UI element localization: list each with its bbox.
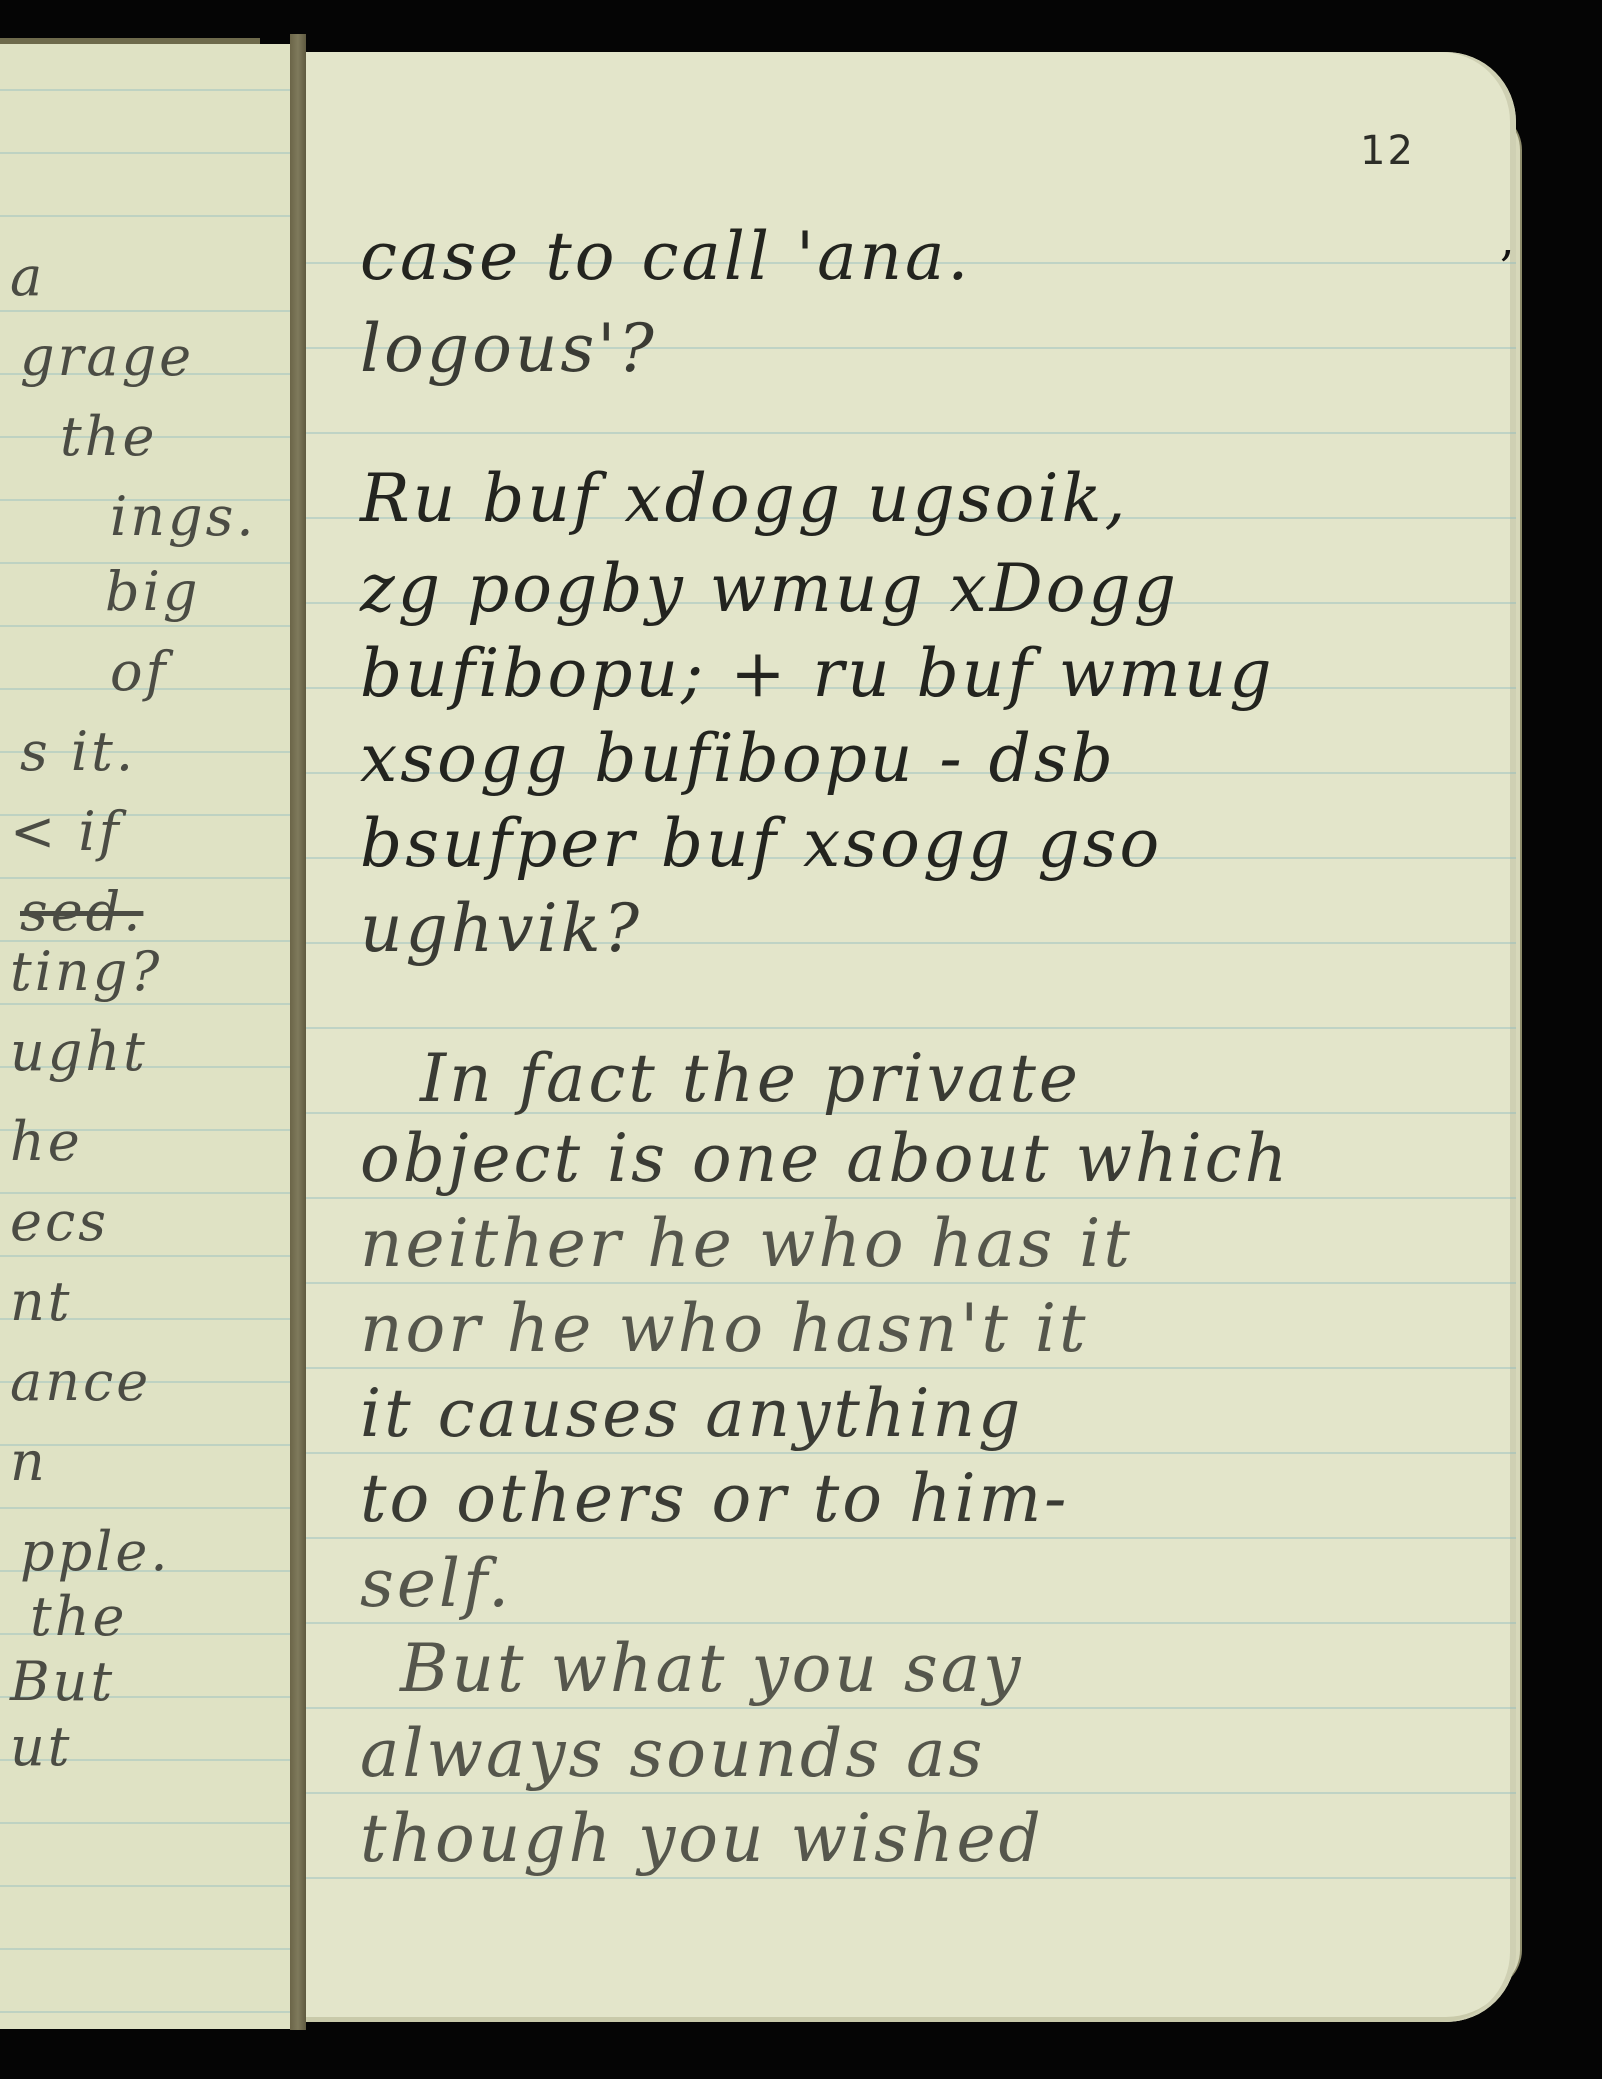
handwritten-line: it causes anything [360,1375,1023,1452]
facing-page-fragment: sed. [20,880,143,943]
facing-page-fragment: ance [10,1350,151,1413]
handwritten-line: object is one about which [360,1120,1290,1197]
handwritten-line: xsogg bufibopu - dsb [360,720,1116,797]
handwritten-line: though you wished [360,1800,1044,1877]
facing-page-fragment: the [60,405,157,468]
facing-page-fragment: the [30,1585,127,1648]
ruled-line [306,1452,1516,1454]
facing-page-fragment: < if [10,800,122,863]
facing-page-fragment: a [10,245,45,308]
ruled-line [306,1367,1516,1369]
ruled-line [306,432,1516,434]
handwritten-line: zg pogby wmug xDogg [360,550,1179,627]
ruled-line [306,1027,1516,1029]
page-number: 12 [1360,128,1415,174]
handwritten-line: In fact the private [420,1040,1081,1117]
ruled-line [306,1877,1516,1879]
handwritten-line: bsufper buf xsogg gso [360,805,1162,882]
handwritten-line: nor he who hasn't it [360,1290,1089,1367]
ruled-line [306,1282,1516,1284]
handwritten-line: self. [360,1545,512,1622]
facing-page-fragment: ings. [110,485,257,548]
notebook-binding [290,34,306,2030]
facing-page-fragment: nt [10,1270,72,1333]
handwritten-line: case to call 'ana. [360,218,971,295]
facing-page-fragment: n [10,1430,48,1493]
handwritten-line: But what you say [400,1630,1023,1707]
ruled-line [306,1707,1516,1709]
handwritten-line: always sounds as [360,1715,985,1792]
stray-pencil-mark: , [1500,212,1515,266]
notebook-photo: 12 , case to call 'ana. logous'? Ru buf … [0,0,1602,2079]
ruled-line [306,1197,1516,1199]
handwritten-line: ughvik? [360,890,642,967]
handwritten-line: bufibopu; + ru buf wmug [360,635,1275,712]
facing-page-fragment: he [10,1110,83,1173]
facing-page-fragment: pple. [20,1520,171,1583]
handwritten-line: neither he who has it [360,1205,1133,1282]
handwritten-line: to others or to him- [360,1460,1069,1537]
facing-page-fragment: grage [20,325,194,388]
facing-page-fragment: s it. [20,720,136,783]
facing-page-fragment: But [10,1650,115,1713]
facing-page-fragment: ecs [10,1190,109,1253]
handwritten-line: logous'? [360,310,657,387]
ruled-line [306,1622,1516,1624]
ruled-line [306,1792,1516,1794]
ruled-line [306,1537,1516,1539]
facing-page-fragment: ught [10,1020,148,1083]
handwritten-line: Ru buf xdogg ugsoik, [360,460,1128,537]
facing-page-fragment: ting? [10,940,162,1003]
facing-page-fragment: of [110,640,169,703]
facing-page-fragment: big [105,560,200,623]
facing-page-fragment: ut [10,1715,72,1778]
